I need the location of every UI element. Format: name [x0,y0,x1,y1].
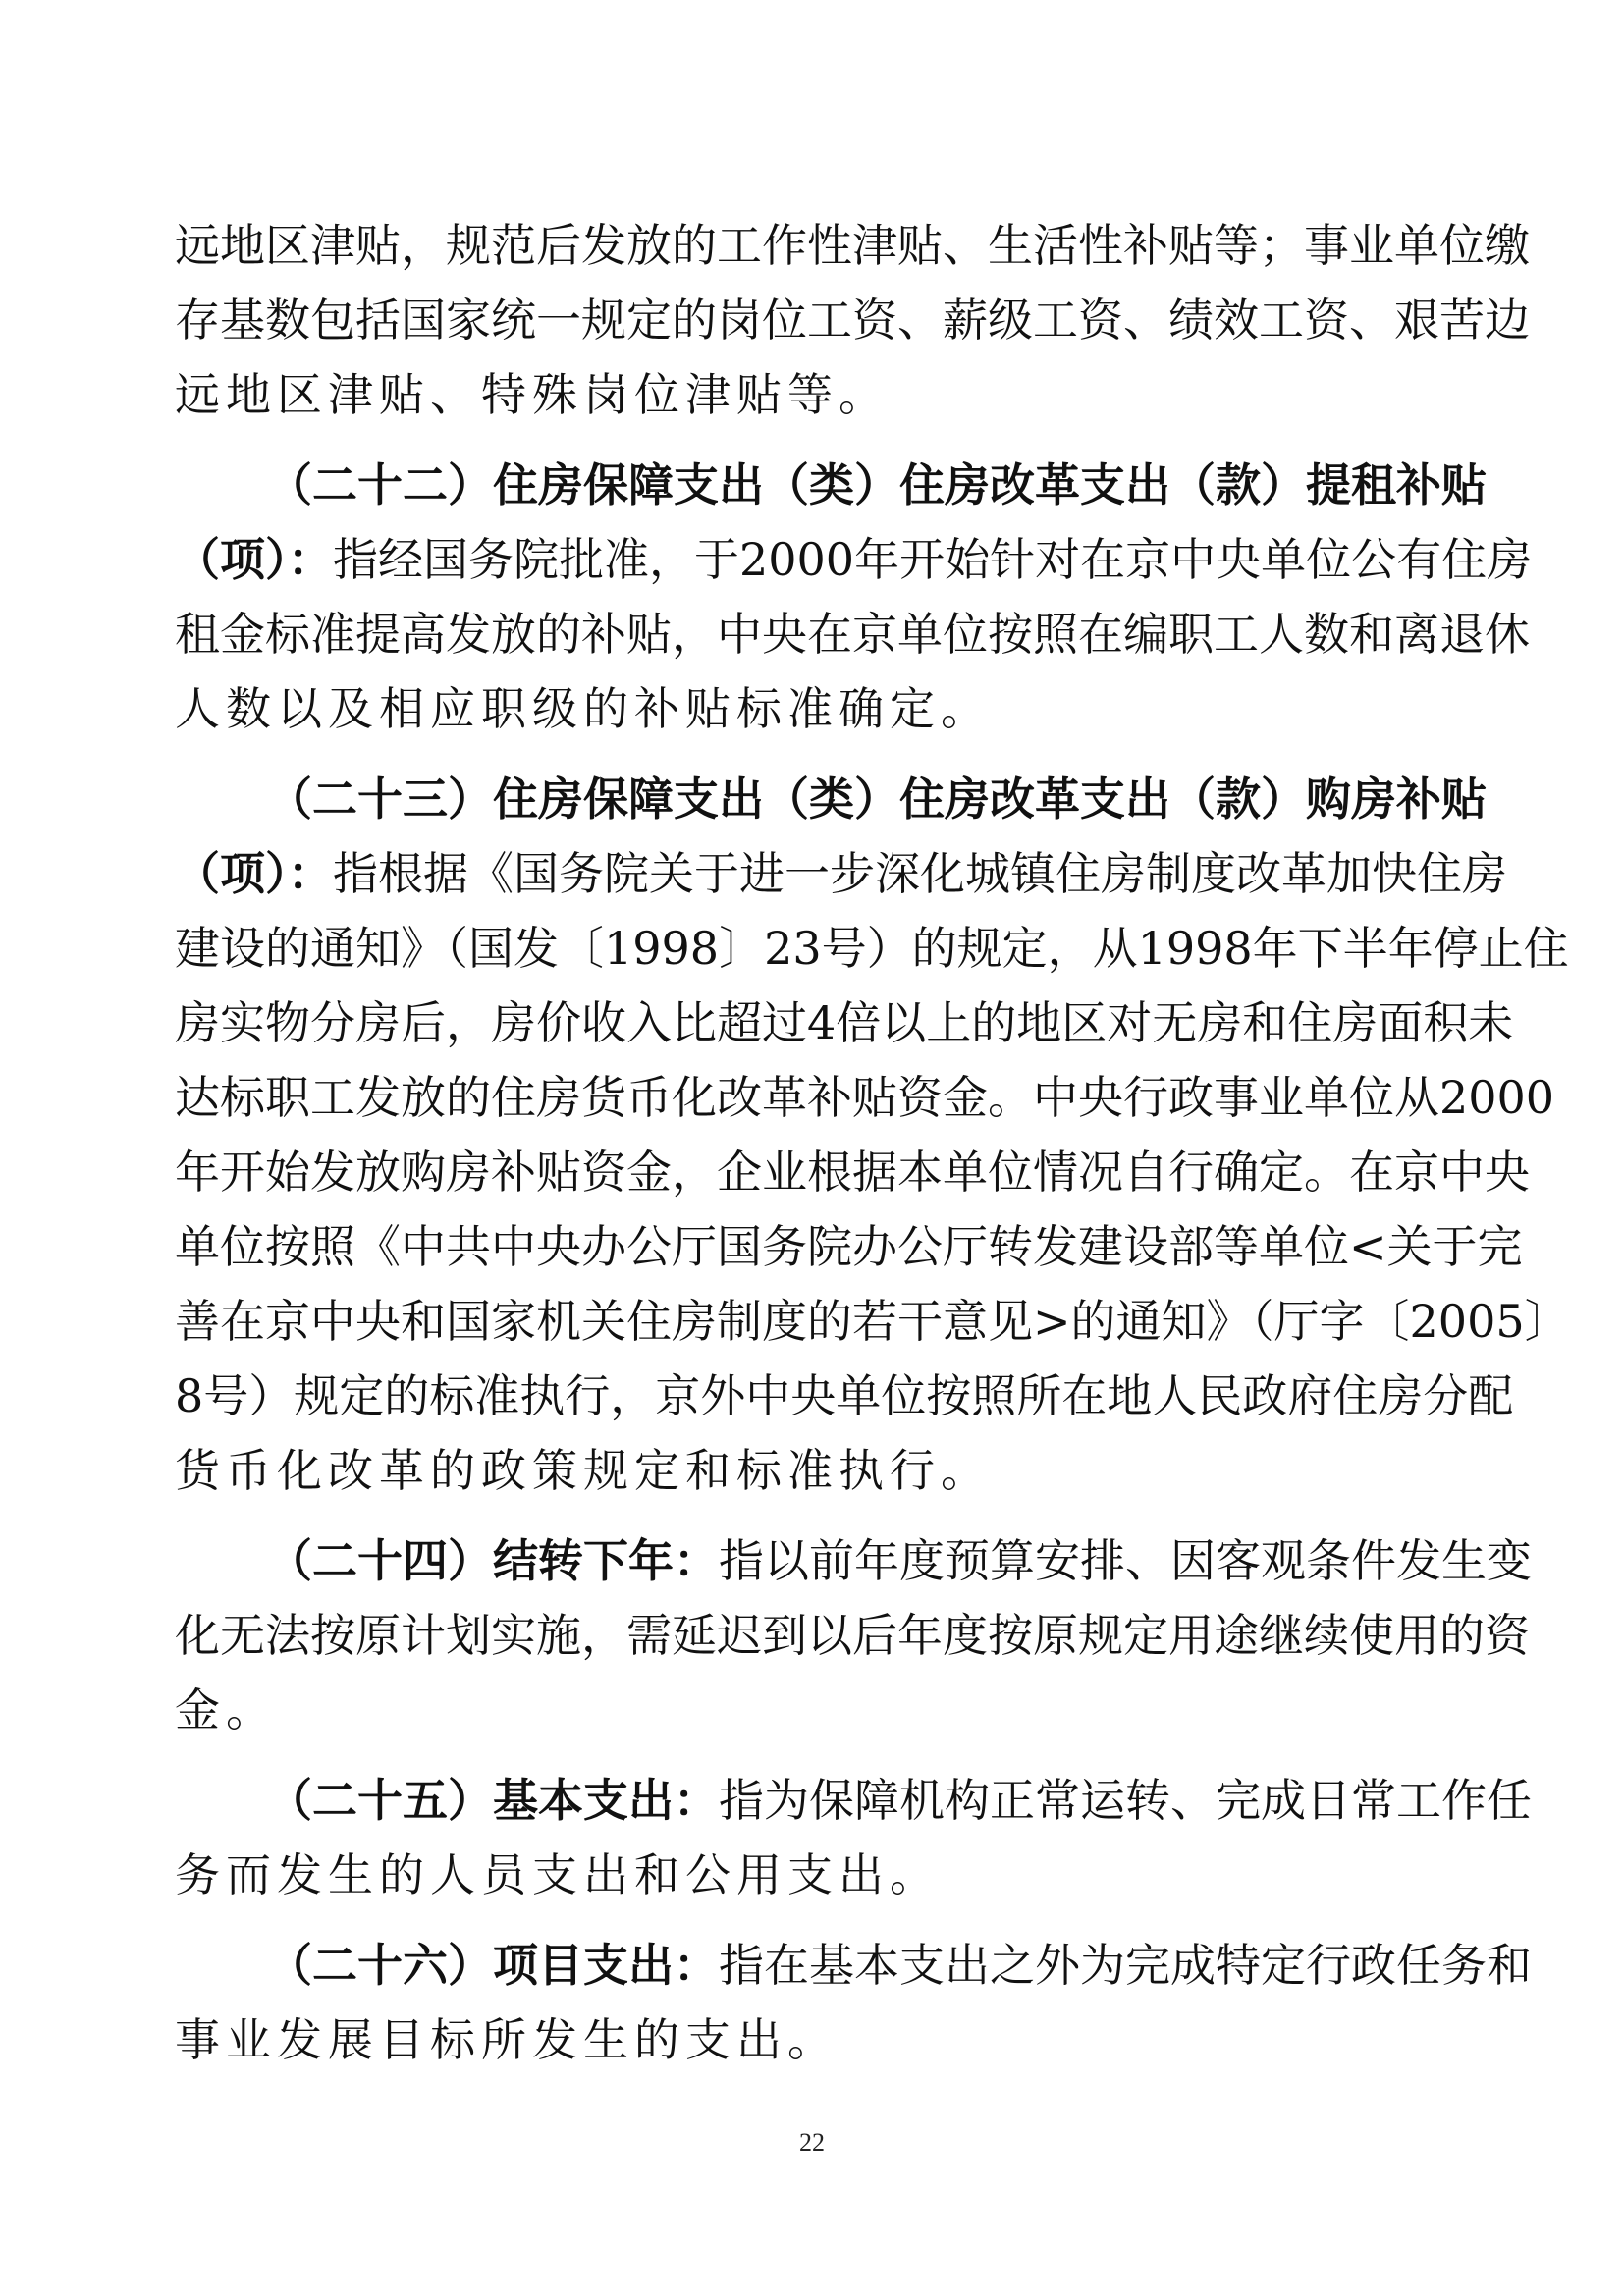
section-25-text: 指为保障机构正常运转、完成日常工作任 [719,1774,1532,1827]
paragraph-line: 化无法按原计划实施，需延迟到以后年度按原规定用途继续使用的资 [175,1598,1471,1673]
paragraph-line: 年开始发放购房补贴资金，企业根据本单位情况自行确定。在京中央 [175,1135,1471,1209]
section-23-heading: （二十三）住房保障支出（类）住房改革支出（款）购房补贴 [267,762,1471,836]
paragraph-line: 租金标准提高发放的补贴，中央在京单位按照在编职工人数和离退休 [175,597,1471,671]
paragraph-line: 远地区津贴，规范后发放的工作性津贴、生活性补贴等；事业单位缴 [175,208,1471,283]
paragraph-line: 房实物分房后，房价收入比超过4倍以上的地区对无房和住房面积未 [175,986,1471,1060]
section-22-text: 指经国务院批准，于2000年开始针对在京中央单位公有住房 [333,533,1532,586]
section-26-text: 指在基本支出之外为完成特定行政任务和 [719,1939,1532,1992]
section-22-heading: （二十二）住房保障支出（类）住房改革支出（款）提租补贴 [267,448,1471,522]
page-number: 22 [0,2128,1624,2158]
paragraph-line: 善在京中央和国家机关住房制度的若干意见>的通知》（厅字〔2005〕 [175,1284,1471,1359]
paragraph-line: 单位按照《中共中央办公厅国务院办公厅转发建设部等单位<关于完 [175,1209,1471,1284]
paragraph-line: 达标职工发放的住房货币化改革补贴资金。中央行政事业单位从2000 [175,1060,1471,1135]
section-22-line: （项）：指经国务院批准，于2000年开始针对在京中央单位公有住房 [175,522,1471,597]
paragraph-line: 8号）规定的标准执行，京外中央单位按照所在地人民政府住房分配 [175,1359,1471,1433]
section-26-line: （二十六）项目支出：指在基本支出之外为完成特定行政任务和 [267,1928,1471,2002]
section-26-heading: （二十六）项目支出： [267,1939,719,1992]
section-23-line: （项）：指根据《国务院关于进一步深化城镇住房制度改革加快住房 [175,836,1471,911]
paragraph-line: 金。 [175,1673,1471,1747]
section-24-heading: （二十四）结转下年： [267,1534,719,1587]
section-23-heading-tail: （项）： [175,847,333,900]
paragraph-line: 事业发展目标所发生的支出。 [175,2002,1471,2077]
paragraph-line: 远地区津贴、特殊岗位津贴等。 [175,357,1471,432]
section-24-line: （二十四）结转下年：指以前年度预算安排、因客观条件发生变 [267,1523,1471,1598]
paragraph-line: 务而发生的人员支出和公用支出。 [175,1838,1471,1912]
document-page: 远地区津贴，规范后发放的工作性津贴、生活性补贴等；事业单位缴 存基数包括国家统一… [0,0,1624,2296]
section-24-text: 指以前年度预算安排、因客观条件发生变 [719,1534,1532,1587]
paragraph-line: 货币化改革的政策规定和标准执行。 [175,1433,1471,1508]
section-25-heading: （二十五）基本支出： [267,1774,719,1827]
section-22-heading-tail: （项）： [175,533,333,586]
section-23-text: 指根据《国务院关于进一步深化城镇住房制度改革加快住房 [333,847,1507,900]
paragraph-line: 人数以及相应职级的补贴标准确定。 [175,671,1471,746]
paragraph-line: 建设的通知》（国发〔1998〕23号）的规定，从1998年下半年停止住 [175,911,1471,986]
paragraph-line: 存基数包括国家统一规定的岗位工资、薪级工资、绩效工资、艰苦边 [175,283,1471,357]
section-25-line: （二十五）基本支出：指为保障机构正常运转、完成日常工作任 [267,1763,1471,1838]
